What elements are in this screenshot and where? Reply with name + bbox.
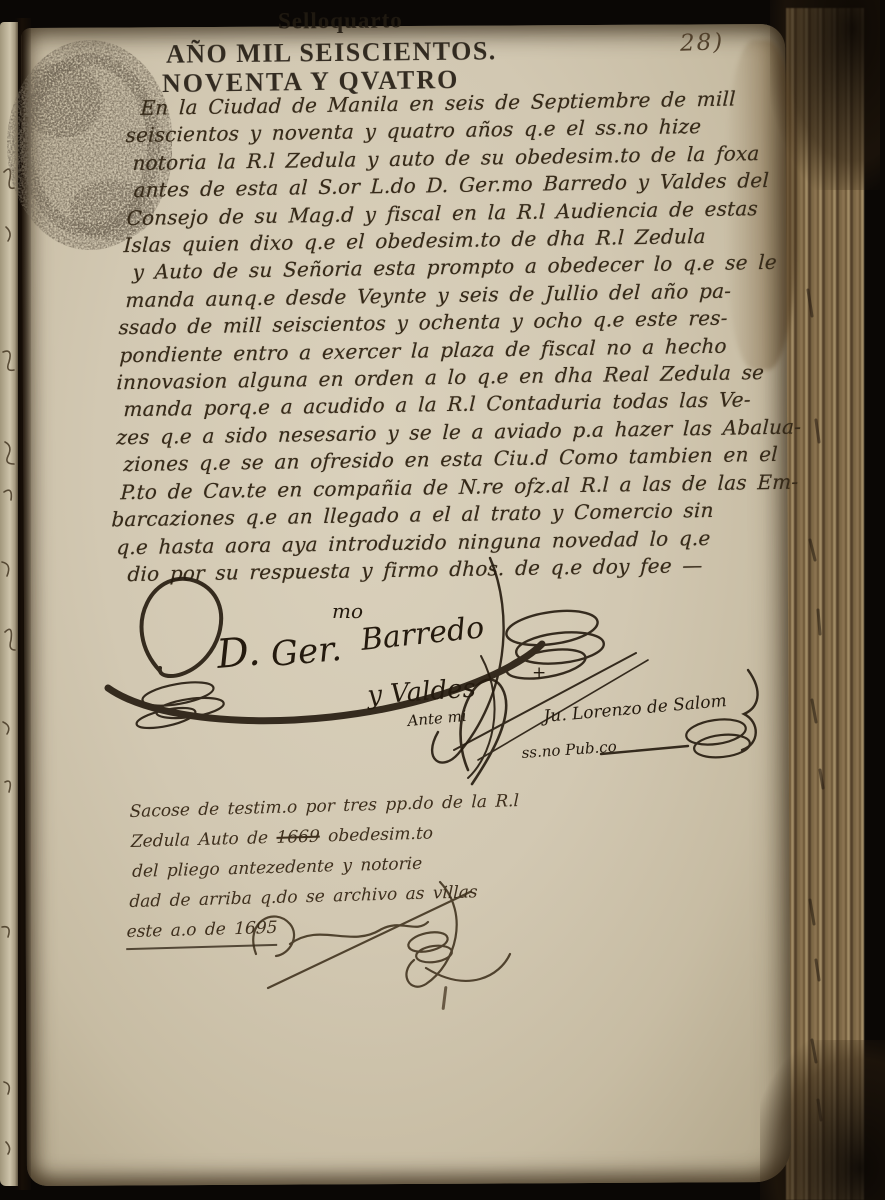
- manuscript-photo: Selloquarto AÑO MIL SEISCIENTOS. NOVENTA…: [0, 0, 885, 1200]
- notary-prefix: Ante mi: [405, 707, 468, 730]
- sello-stamp-line1: Selloquarto: [278, 7, 403, 34]
- signature-initial: D.: [214, 628, 262, 678]
- ink-bleed-marks: [790, 0, 860, 1180]
- notary-signature: Ante mi + Ju. Lorenzo de Salom ss.no Pub…: [386, 648, 781, 793]
- archival-note-rubric: [238, 872, 518, 997]
- notary-monogram: [468, 656, 495, 778]
- signature-superscript: mo: [332, 599, 363, 623]
- signature-flourish: [142, 579, 222, 676]
- notary-title: ss.no Pub.co: [521, 737, 617, 762]
- manuscript-body: En la Ciudad de Manila en seis de Septie…: [109, 85, 791, 589]
- notary-name: Ju. Lorenzo de Salom: [540, 691, 728, 727]
- notary-monogram: [461, 680, 507, 784]
- note-line2-post: obedesim.to: [320, 823, 434, 846]
- note-struck-text: 1669: [276, 827, 320, 848]
- folio-number: 28): [680, 29, 725, 57]
- notary-cross: +: [532, 663, 546, 683]
- signature-first-name: Ger.: [269, 629, 343, 675]
- note-line2-pre: Zedula Auto de: [131, 828, 277, 852]
